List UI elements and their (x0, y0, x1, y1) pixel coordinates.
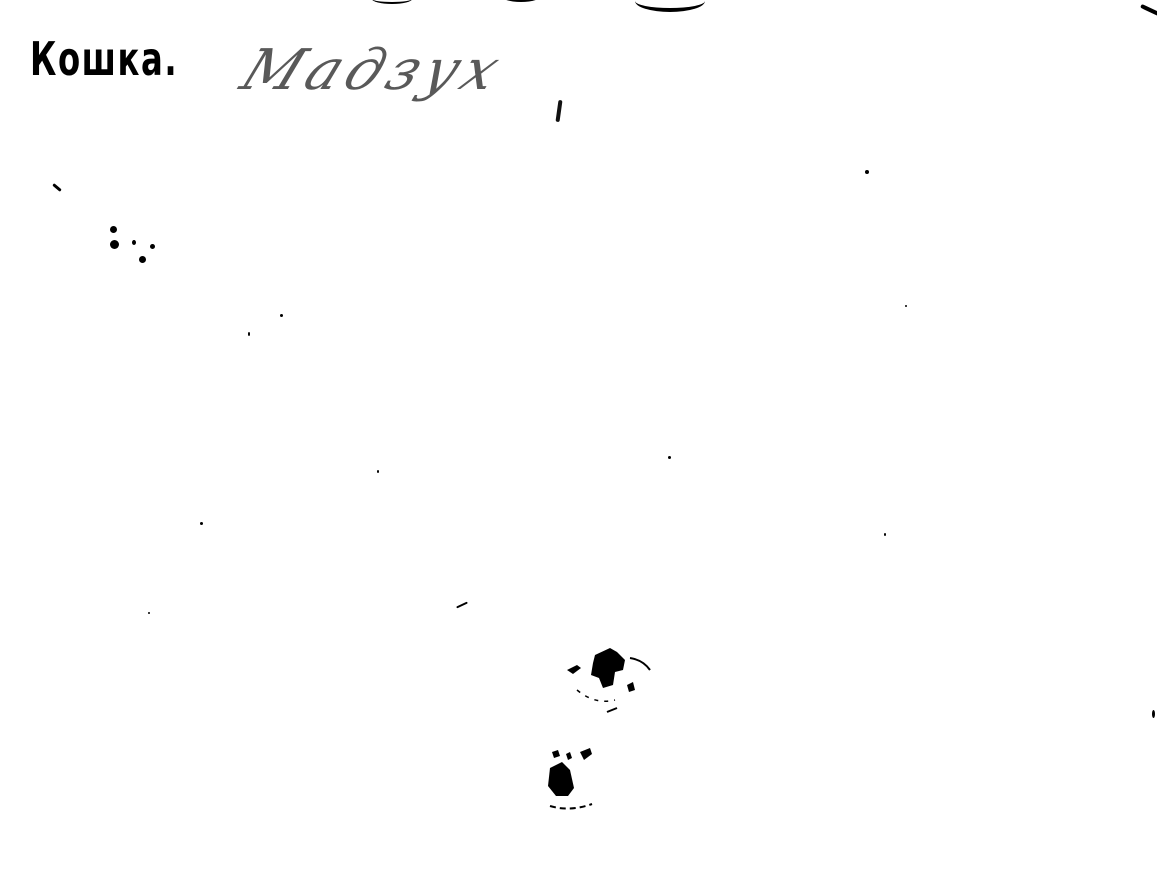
top-edge-mark (635, 0, 705, 12)
top-edge-mark (500, 0, 542, 2)
printed-label: Кошка. (30, 32, 178, 86)
handwritten-name: Мадзух (232, 38, 515, 103)
scanned-page: Кошка. Мадзух (0, 0, 1157, 873)
handwritten-comma (555, 100, 562, 122)
paw-print-icon (530, 740, 630, 820)
corner-mark (1140, 4, 1157, 16)
top-edge-mark (372, 0, 412, 4)
paw-print-icon (555, 630, 665, 720)
